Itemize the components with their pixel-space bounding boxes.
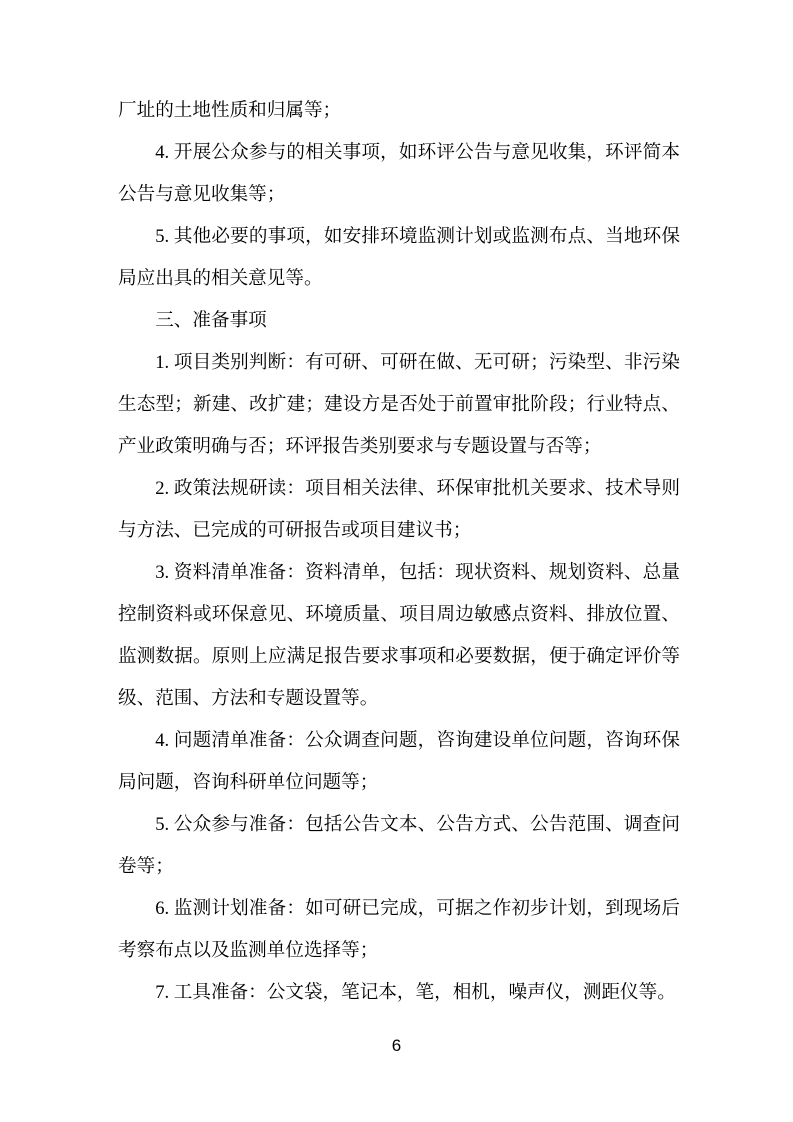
section-heading: 三、准备事项 <box>118 300 680 342</box>
body-paragraph: 7. 工具准备：公文袋，笔记本，笔，相机，噪声仪，测距仪等。 <box>118 972 680 1014</box>
document-body: 厂址的土地性质和归属等； 4. 开展公众参与的相关事项，如环评公告与意见收集，环… <box>118 90 680 1014</box>
body-paragraph: 4. 开展公众参与的相关事项，如环评公告与意见收集，环评简本公告与意见收集等； <box>118 132 680 216</box>
page-footer: 6 <box>0 1036 793 1056</box>
body-paragraph: 5. 其他必要的事项，如安排环境监测计划或监测布点、当地环保局应出具的相关意见等… <box>118 216 680 300</box>
body-paragraph: 5. 公众参与准备：包括公告文本、公告方式、公告范围、调查问卷等； <box>118 804 680 888</box>
page-number: 6 <box>392 1036 401 1055</box>
body-paragraph: 6. 监测计划准备：如可研已完成，可据之作初步计划，到现场后考察布点以及监测单位… <box>118 888 680 972</box>
body-paragraph: 4. 问题清单准备：公众调查问题，咨询建设单位问题，咨询环保局问题，咨询科研单位… <box>118 720 680 804</box>
body-paragraph: 3. 资料清单准备：资料清单，包括：现状资料、规划资料、总量控制资料或环保意见、… <box>118 552 680 720</box>
document-page: 厂址的土地性质和归属等； 4. 开展公众参与的相关事项，如环评公告与意见收集，环… <box>0 0 793 1122</box>
body-paragraph: 厂址的土地性质和归属等； <box>118 90 680 132</box>
body-paragraph: 2. 政策法规研读：项目相关法律、环保审批机关要求、技术导则与方法、已完成的可研… <box>118 468 680 552</box>
body-paragraph: 1. 项目类别判断：有可研、可研在做、无可研；污染型、非污染生态型；新建、改扩建… <box>118 342 680 468</box>
